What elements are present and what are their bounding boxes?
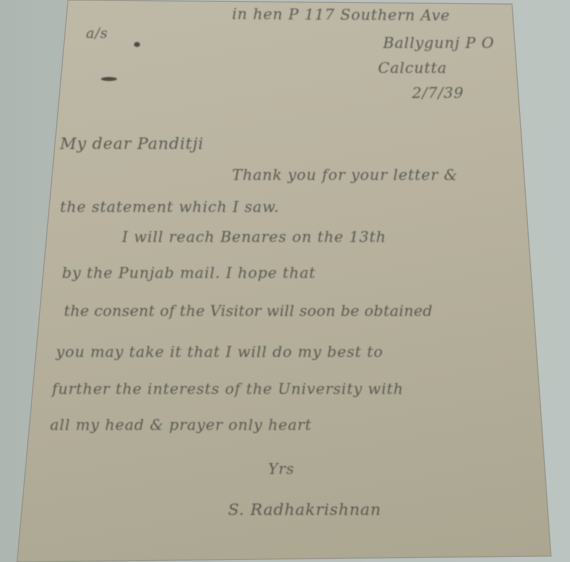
margin-note: a/s	[86, 26, 108, 42]
ink-dot	[134, 42, 140, 47]
ink-dash	[101, 77, 117, 81]
address-line-1: in hen P 117 Southern Ave	[232, 5, 450, 25]
body-line-1: Thank you for your letter &	[232, 166, 458, 184]
body-line-6: you may take it that I will do my best t…	[56, 343, 383, 361]
body-line-7: further the interests of the University …	[52, 380, 404, 398]
letter-date: 2/7/39	[412, 84, 464, 102]
signature: S. Radhakrishnan	[228, 500, 381, 519]
salutation: My dear Panditji	[60, 134, 204, 153]
body-line-3: I will reach Benares on the 13th	[122, 228, 386, 246]
address-line-3: Calcutta	[378, 59, 447, 77]
address-line-2: Ballygunj P O	[383, 34, 494, 52]
body-line-2: the statement which I saw.	[60, 198, 279, 216]
body-line-8: all my head & prayer only heart	[50, 416, 312, 434]
body-line-5: the consent of the Visitor will soon be …	[64, 302, 433, 320]
body-line-4: by the Punjab mail. I hope that	[62, 264, 316, 282]
closing: Yrs	[268, 460, 295, 478]
letter-paper: in hen P 117 Southern Ave Ballygunj P O …	[0, 0, 570, 562]
